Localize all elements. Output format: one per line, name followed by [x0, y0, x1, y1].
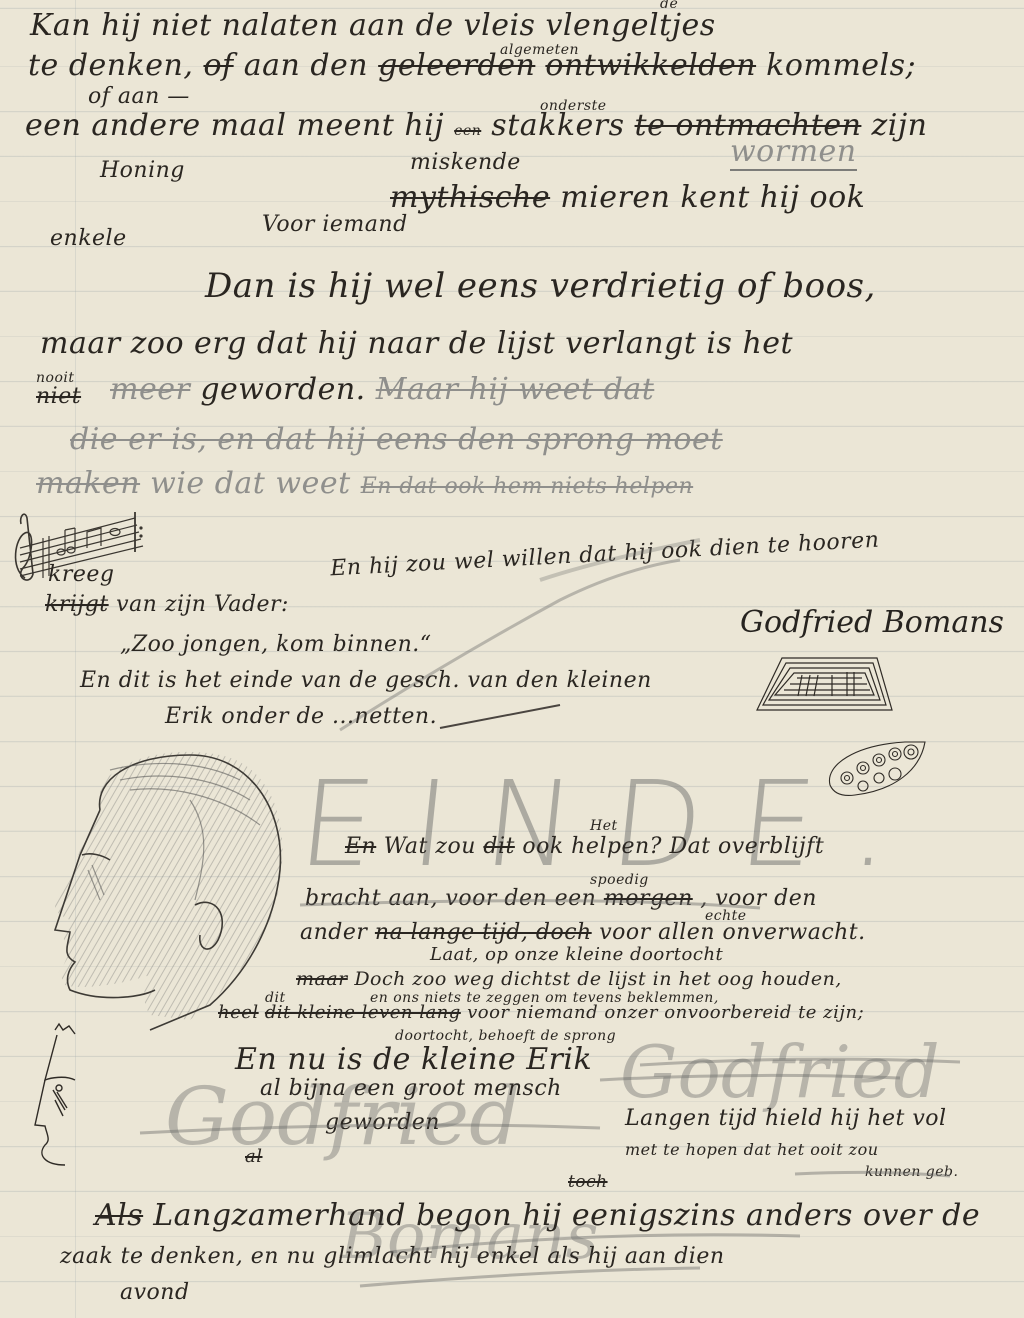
pencil-strike-lines [0, 0, 1024, 1318]
manuscript-page: Kan hij niet nalaten aan de vleis vlenge… [0, 0, 1024, 1318]
